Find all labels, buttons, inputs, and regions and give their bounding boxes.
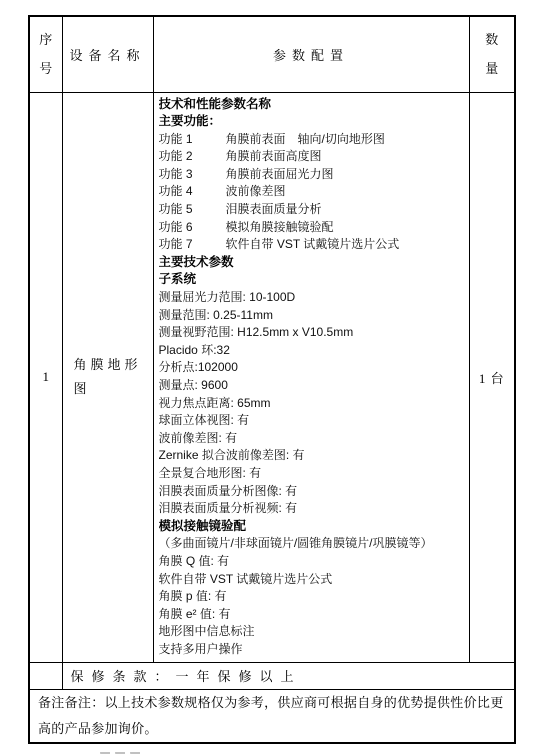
param-line: 功能 5泪膜表面质量分析 xyxy=(159,201,465,219)
serial-cell: 1 xyxy=(29,92,62,662)
param-line: 球面立体视图: 有 xyxy=(159,412,465,430)
param-line: 功能 6模拟角膜接触镜验配 xyxy=(159,219,465,237)
note-line: 高的产品参加询价。 xyxy=(38,716,506,742)
param-line-label: 功能 5 xyxy=(159,201,226,219)
param-line-desc: 软件自带 VST 试戴镜片选片公式 xyxy=(226,237,400,251)
quantity-value: 1 台 xyxy=(470,368,515,387)
param-line: 功能 2角膜前表面高度图 xyxy=(159,148,465,166)
device-name-value: 角膜地形图 xyxy=(74,353,142,401)
parameters-list: 技术和性能参数名称主要功能：功能 1角膜前表面 轴向/切向地形图功能 2角膜前表… xyxy=(154,93,469,659)
param-line: 角膜 e² 值: 有 xyxy=(159,606,465,624)
parameters-cell: 技术和性能参数名称主要功能：功能 1角膜前表面 轴向/切向地形图功能 2角膜前表… xyxy=(153,92,469,662)
param-line: 功能 3角膜前表面屈光力图 xyxy=(159,166,465,184)
param-line: 分析点:102000 xyxy=(159,359,465,377)
param-line: 功能 1角膜前表面 轴向/切向地形图 xyxy=(159,131,465,149)
param-line: 泪膜表面质量分析视频: 有 xyxy=(159,500,465,518)
param-line: （多曲面镜片/非球面镜片/圆锥角膜镜片/巩膜镜等） xyxy=(159,535,465,553)
header-device-name-label: 设备名称 xyxy=(69,48,145,63)
header-serial-label: 序号 xyxy=(38,25,53,83)
header-quantity-label: 数量 xyxy=(484,25,499,83)
document-page: { "table": { "headers": { "serial": "序号"… xyxy=(0,0,560,754)
param-line-label: 功能 7 xyxy=(159,236,226,254)
param-line: 子系统 xyxy=(159,271,465,289)
param-line: 软件自带 VST 试戴镜片选片公式 xyxy=(159,571,465,589)
param-line: 测量点: 9600 xyxy=(159,377,465,395)
param-line: 角膜 p 值: 有 xyxy=(159,588,465,606)
device-name-cell: 角膜地形图 xyxy=(62,92,153,662)
param-line-label: 功能 4 xyxy=(159,183,226,201)
note-lines: 备注备注：以上技术参数规格仅为参考，供应商可根据自身的优势提供性价比更高的产品参… xyxy=(38,690,506,742)
param-line-label: 功能 6 xyxy=(159,219,226,237)
param-line-desc: 角膜前表面高度图 xyxy=(226,149,322,163)
param-line: 角膜 Q 值: 有 xyxy=(159,553,465,571)
param-line: 主要技术参数 xyxy=(159,254,465,272)
equipment-spec-table: 序号 设备名称 参数配置 数量 1 角膜地形图 技术和性能参数名称主要功能：功能… xyxy=(28,15,516,744)
warranty-serial-empty-cell xyxy=(29,662,62,689)
param-line: 测量屈光力范围: 10-100D xyxy=(159,289,465,307)
param-line-label: 功能 2 xyxy=(159,148,226,166)
param-line: 功能 4波前像差图 xyxy=(159,183,465,201)
param-line-desc: 角膜前表面 轴向/切向地形图 xyxy=(226,132,385,146)
param-line: 地形图中信息标注 xyxy=(159,623,465,641)
equipment-row: 1 角膜地形图 技术和性能参数名称主要功能：功能 1角膜前表面 轴向/切向地形图… xyxy=(29,92,515,662)
header-serial-col: 序号 xyxy=(29,16,62,92)
header-quantity-col: 数量 xyxy=(469,16,515,92)
serial-value: 1 xyxy=(43,369,50,384)
warranty-cell: 保修条款：一年保修以上 xyxy=(62,662,515,689)
param-line-desc: 角膜前表面屈光力图 xyxy=(226,167,334,181)
note-cell: 备注备注：以上技术参数规格仅为参考，供应商可根据自身的优势提供性价比更高的产品参… xyxy=(29,689,515,743)
header-parameters-label: 参数配置 xyxy=(273,48,349,63)
warranty-text: 保修条款：一年保修以上 xyxy=(71,669,302,684)
param-line-desc: 泪膜表面质量分析 xyxy=(226,202,322,216)
param-line: 测量范围: 0.25-11mm xyxy=(159,307,465,325)
param-line: Zernike 拟合波前像差图: 有 xyxy=(159,447,465,465)
param-line: 波前像差图: 有 xyxy=(159,430,465,448)
header-device-name-col: 设备名称 xyxy=(62,16,153,92)
page-bottom-cutoff-text-fragment xyxy=(100,749,162,754)
param-line: 支持多用户操作 xyxy=(159,641,465,659)
param-line-desc: 模拟角膜接触镜验配 xyxy=(226,220,334,234)
param-line-label: 功能 3 xyxy=(159,166,226,184)
quantity-cell: 1 台 xyxy=(469,92,515,662)
param-line: 功能 7软件自带 VST 试戴镜片选片公式 xyxy=(159,236,465,254)
note-row: 备注备注：以上技术参数规格仅为参考，供应商可根据自身的优势提供性价比更高的产品参… xyxy=(29,689,515,743)
param-line: 技术和性能参数名称 xyxy=(159,96,465,114)
param-line: Placido 环:32 xyxy=(159,342,465,360)
param-line: 全景复合地形图: 有 xyxy=(159,465,465,483)
param-line: 模拟接触镜验配 xyxy=(159,518,465,536)
param-line-desc: 波前像差图 xyxy=(226,184,286,198)
param-line: 视力焦点距离: 65mm xyxy=(159,395,465,413)
param-line-label: 功能 1 xyxy=(159,131,226,149)
header-parameters-col: 参数配置 xyxy=(153,16,469,92)
table-header-row: 序号 设备名称 参数配置 数量 xyxy=(29,16,515,92)
note-line: 备注备注：以上技术参数规格仅为参考，供应商可根据自身的优势提供性价比更 xyxy=(38,690,506,716)
param-line: 泪膜表面质量分析图像: 有 xyxy=(159,483,465,501)
warranty-row: 保修条款：一年保修以上 xyxy=(29,662,515,689)
param-line: 测量视野范围: H12.5mm x V10.5mm xyxy=(159,324,465,342)
param-line: 主要功能： xyxy=(159,113,465,131)
